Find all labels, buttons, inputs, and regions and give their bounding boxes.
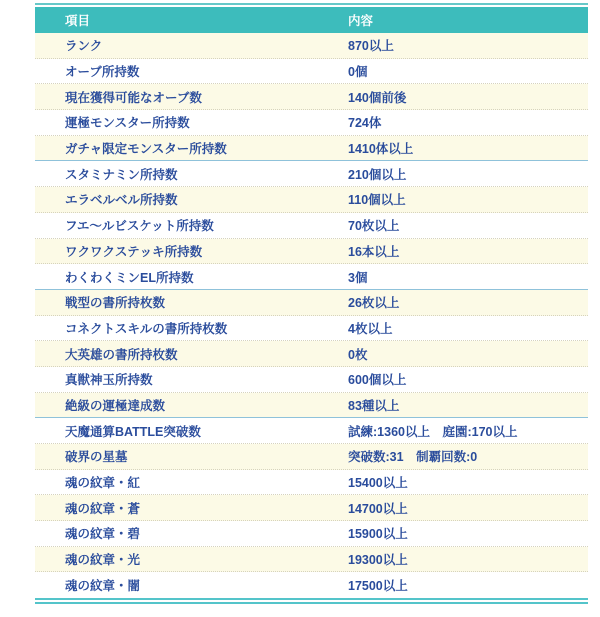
row-value: 4枚以上 (348, 319, 588, 337)
row-value: 16本以上 (348, 242, 588, 260)
row-value: 210個以上 (348, 165, 588, 183)
row-value: 83種以上 (348, 396, 588, 414)
row-value: 724体 (348, 113, 588, 131)
table-row: 真獣神玉所持数 600個以上 (35, 367, 588, 393)
row-item-label: 魂の紋章・碧 (35, 524, 348, 542)
row-item-label: スタミナミン所持数 (35, 165, 348, 183)
table-row: 魂の紋章・碧 15900以上 (35, 521, 588, 547)
table-row: 戦型の書所持枚数 26枚以上 (35, 290, 588, 316)
row-value: 26枚以上 (348, 293, 588, 311)
column-header-content: 内容 (348, 11, 588, 29)
row-value: 70枚以上 (348, 216, 588, 234)
row-item-label: 戦型の書所持枚数 (35, 293, 348, 311)
row-item-label: 天魔通算BATTLE突破数 (35, 422, 348, 440)
table-body: ランク 870以上 オーブ所持数 0個 現在獲得可能なオーブ数 140個前後 運… (35, 33, 588, 604)
row-item-label: ワクワクステッキ所持数 (35, 242, 348, 260)
table-row: オーブ所持数 0個 (35, 59, 588, 85)
row-item-label: 絶級の運極達成数 (35, 396, 348, 414)
row-item-label: エラベルベル所持数 (35, 190, 348, 208)
row-item-label: ガチャ限定モンスター所持数 (35, 139, 348, 157)
table-row: 運極モンスター所持数 724体 (35, 110, 588, 136)
row-value: 870以上 (348, 36, 588, 54)
row-value: 0個 (348, 62, 588, 80)
table-row: スタミナミン所持数 210個以上 (35, 161, 588, 187)
table-row: ガチャ限定モンスター所持数 1410体以上 (35, 136, 588, 162)
row-item-label: 魂の紋章・光 (35, 550, 348, 568)
table-row: 天魔通算BATTLE突破数 試練:1360以上 庭園:170以上 (35, 418, 588, 444)
row-value: 1410体以上 (348, 139, 588, 157)
table-row: 魂の紋章・紅 15400以上 (35, 470, 588, 496)
row-item-label: 大英雄の書所持枚数 (35, 345, 348, 363)
row-item-label: コネクトスキルの書所持枚数 (35, 319, 348, 337)
row-item-label: 現在獲得可能なオーブ数 (35, 88, 348, 106)
row-item-label: ランク (35, 36, 348, 54)
row-value: 110個以上 (348, 190, 588, 208)
table-row: ワクワクステッキ所持数 16本以上 (35, 239, 588, 265)
row-item-label: 魂の紋章・蒼 (35, 499, 348, 517)
row-value: 15400以上 (348, 473, 588, 491)
row-value: 600個以上 (348, 370, 588, 388)
row-value: 14700以上 (348, 499, 588, 517)
row-item-label: 破界の星墓 (35, 447, 348, 465)
table-row: コネクトスキルの書所持枚数 4枚以上 (35, 316, 588, 342)
table-row: わくわくミンEL所持数 3個 (35, 264, 588, 290)
table-row: 大英雄の書所持枚数 0枚 (35, 341, 588, 367)
row-value: 突破数:31 制覇回数:0 (348, 447, 588, 465)
table-row: エラベルベル所持数 110個以上 (35, 187, 588, 213)
row-item-label: 運極モンスター所持数 (35, 113, 348, 131)
row-value: 3個 (348, 268, 588, 286)
table-row: 魂の紋章・光 19300以上 (35, 547, 588, 573)
row-value: 17500以上 (348, 576, 588, 594)
table-row: 現在獲得可能なオーブ数 140個前後 (35, 84, 588, 110)
row-value: 140個前後 (348, 88, 588, 106)
table-row: フエ〜ルビスケット所持数 70枚以上 (35, 213, 588, 239)
table-row: 魂の紋章・闇 17500以上 (35, 572, 588, 598)
row-value: 15900以上 (348, 524, 588, 542)
table-header-row: 項目 内容 (35, 7, 588, 33)
row-item-label: 魂の紋章・紅 (35, 473, 348, 491)
table-row: 魂の紋章・蒼 14700以上 (35, 495, 588, 521)
row-value: 19300以上 (348, 550, 588, 568)
row-value: 試練:1360以上 庭園:170以上 (348, 422, 588, 440)
table-row: ランク 870以上 (35, 33, 588, 59)
status-table: 項目 内容 ランク 870以上 オーブ所持数 0個 現在獲得可能なオーブ数 14… (35, 3, 588, 604)
column-header-item: 項目 (35, 11, 348, 29)
row-item-label: 真獣神玉所持数 (35, 370, 348, 388)
row-item-label: わくわくミンEL所持数 (35, 268, 348, 286)
row-item-label: フエ〜ルビスケット所持数 (35, 216, 348, 234)
row-value: 0枚 (348, 345, 588, 363)
row-item-label: オーブ所持数 (35, 62, 348, 80)
table-row: 破界の星墓 突破数:31 制覇回数:0 (35, 444, 588, 470)
row-item-label: 魂の紋章・闇 (35, 576, 348, 594)
table-row: 絶級の運極達成数 83種以上 (35, 393, 588, 419)
